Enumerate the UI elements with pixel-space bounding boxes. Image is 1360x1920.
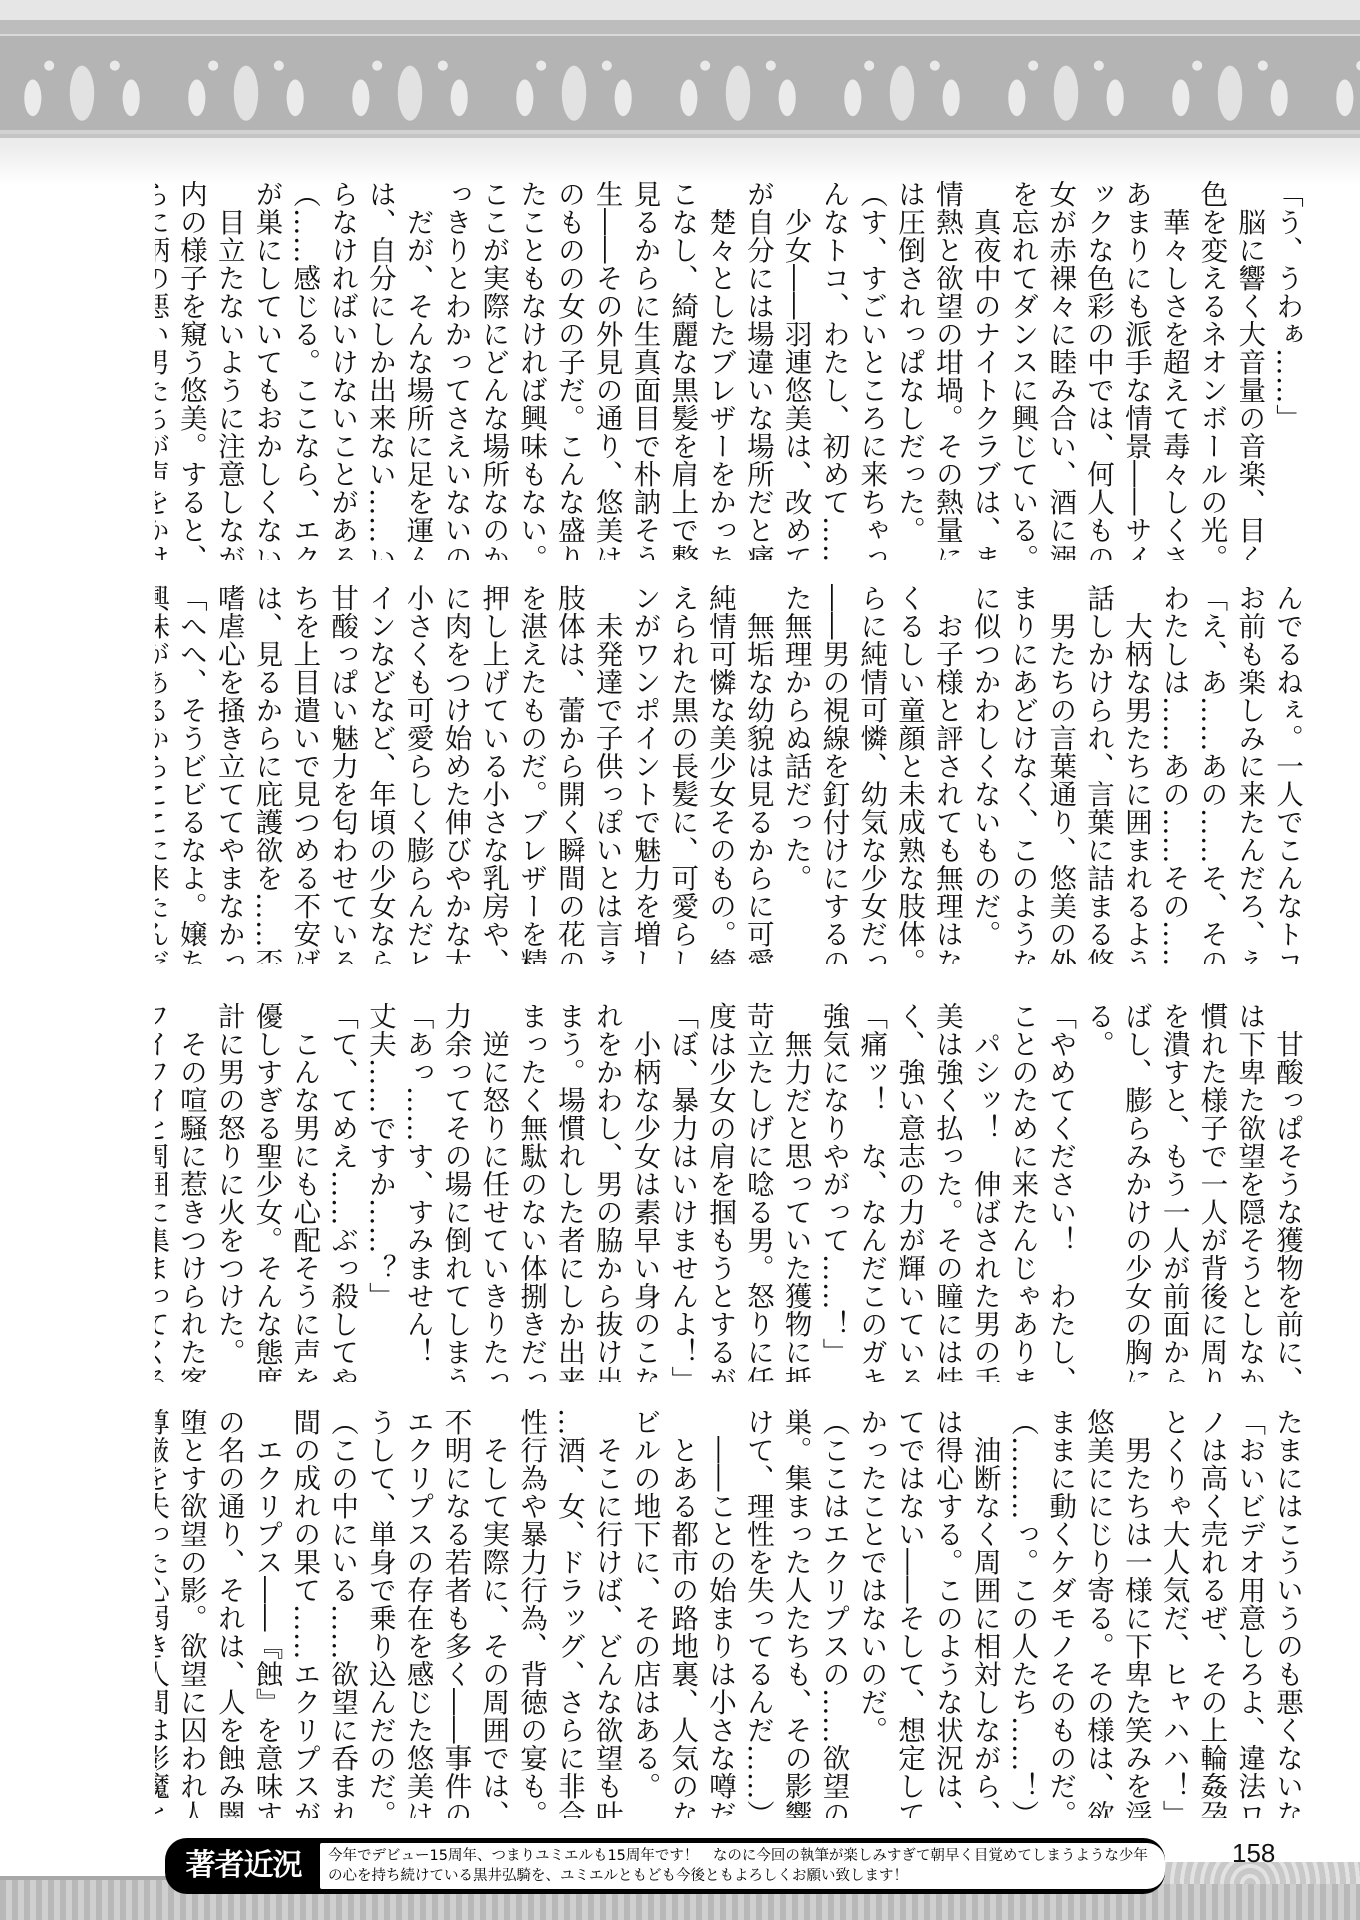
text-column: ――ことの始まりは小さな噂だった。	[700, 1408, 738, 1818]
text-column: 力余ってその場に倒れてしまう。	[436, 1002, 474, 1382]
text-column: 未発達で子供っぽいとは言え、その	[587, 584, 625, 964]
text-column: （ここはエクリプスの……欲望の影の	[814, 1408, 852, 1818]
text-column: だが、そんな場所に足を運んだ理由	[398, 180, 436, 560]
text-column: パシッ！ 伸ばされた男の手を、悠	[965, 1002, 1003, 1382]
page-number: 158	[1232, 1838, 1275, 1869]
text-column: を忘れてダンスに興じている。	[1003, 180, 1041, 560]
text-column: インなどなど、年頃の少女ならではの	[360, 584, 398, 964]
text-column: 「あっ……す、すみません！ だ、大	[398, 1002, 436, 1382]
text-column: 優しすぎる聖少女。そんな態度が、余	[247, 1002, 285, 1382]
text-column: 「おいビデオ用意しろよ、違法ロリモ	[1229, 1408, 1267, 1818]
text-column: は圧倒されっぱなしだった。	[889, 180, 927, 560]
text-column: （この中にいる……欲望に呑まれた人	[322, 1408, 360, 1818]
text-column: 押し上げている小さな乳房や、柔らか	[473, 584, 511, 964]
text-column: を潰すと、もう一人が前面から手を伸	[1154, 1002, 1192, 1382]
text-column: 女が赤裸々に睦み合い、酒に溺れ、我	[1040, 180, 1078, 560]
author-note-line-2: の心を持ち続けている黒井弘騎を、ユミエルともども今後ともよろしくお願い致します！	[328, 1866, 1157, 1886]
text-column: 巣。集まった人たちも、その影響を受	[776, 1408, 814, 1818]
text-tier-4: たまにはこういうのも悪くないなぁ」「おいビデオ用意しろよ、違法ロリモノは高く売れ…	[155, 1408, 1305, 1818]
text-tier-2: んでるねぇ。一人でこんなトコ来て、お前も楽しみに来たんだろ、ええ？」「え、あ………	[155, 584, 1305, 964]
text-column: 不明になる若者も多く――事件の影に	[436, 1408, 474, 1818]
text-column: っきりとわかってさえいないのだ。	[436, 180, 474, 560]
text-column: 大柄な男たちに囲まれるようにして	[1116, 584, 1154, 964]
text-column: ――男の視線を釘付けにするのも、ま	[814, 584, 852, 964]
text-column: てではない――そして、想定していな	[889, 1408, 927, 1818]
acanthus-pattern-icon	[0, 38, 1360, 130]
text-column: とくりゃ大人気だ、ヒャハハ！」	[1154, 1408, 1192, 1818]
text-column: ワイワイと周囲に集まってくる。	[155, 1002, 171, 1382]
text-column: は下卑た欲望を隠そうとしなかった。	[1229, 1002, 1267, 1382]
text-column: 華々しさを超えて毒々しくさえある、	[1154, 180, 1192, 560]
text-column: たこともなければ興味もない。いや、	[511, 180, 549, 560]
text-column: まう。場慣れした者にしか出来ない、	[549, 1002, 587, 1382]
text-column: は、見るからに庇護欲を……否、暗い	[247, 584, 285, 964]
text-column: （………っ。この人たち……！）	[1003, 1408, 1041, 1818]
text-column: 「やめてください！ わたし、そんな	[1040, 1002, 1078, 1382]
text-column: 話しかけられ、言葉に詰まる悠美。	[1078, 584, 1116, 964]
author-note-line-1: 今年でデビュー15周年、つまりユミエルも15周年です！ なのに今回の執筆が楽しみ…	[328, 1846, 1157, 1866]
text-column: 小さくも可愛らしく膨らんだヒップラ	[398, 584, 436, 964]
text-column: 「う、うわぁ……」	[1267, 180, 1305, 560]
text-tier-1: 「う、うわぁ……」 脳に響く大音量の音楽、目くるめく色を変えるネオンボールの光。…	[155, 180, 1305, 560]
text-column: 男たちは一様に下卑た笑みを浮かべ、	[1116, 1408, 1154, 1818]
text-column: 小柄な少女は素早い身のこなしでそ	[625, 1002, 663, 1382]
text-column: あまりにも派手な情景――サイケデリ	[1116, 180, 1154, 560]
text-column: 甘酸っぱそうな獲物を前に、男たち	[1267, 1002, 1305, 1382]
text-column: 尊厳を失った心弱き人間は影魔と化し、	[155, 1408, 171, 1818]
text-column: が自分には場違いな場所だと痛感した。	[738, 180, 776, 560]
text-column: 堕とす欲望の影。欲望に囚われ人間の	[171, 1408, 209, 1818]
text-column: 脳に響く大音量の音楽、目くるめく	[1229, 180, 1267, 560]
text-column: 生――その外見の通り、悠美は純情そ	[587, 180, 625, 560]
text-column: お前も楽しみに来たんだろ、ええ？」	[1229, 584, 1267, 964]
text-column: こなし、綺麗な黒髪を肩上で整えた、	[662, 180, 700, 560]
text-column: そして実際に、その周囲では、行方	[473, 1408, 511, 1818]
text-column: こんな男にも心配そうに声をかける、	[284, 1002, 322, 1382]
text-column: 性行為や暴力行為、背徳の宴も。	[511, 1408, 549, 1818]
text-column: そこに行けば、どんな欲望も叶う…	[587, 1408, 625, 1818]
text-column: 無力だと思っていた獲物に抵抗され、	[776, 1002, 814, 1382]
text-column: ビルの地下に、その店はある。	[625, 1408, 663, 1818]
text-column: 強気になりやがって……！」	[814, 1002, 852, 1382]
text-column: ばし、膨らみかけの少女の胸に手をや	[1116, 1002, 1154, 1382]
text-column: 「ぼ、暴力はいけませんよ！」	[662, 1002, 700, 1382]
text-column: 美は強く払った。その瞳には怯えはな	[927, 1002, 965, 1382]
text-column: ンがワンポイントで魅力を増している。	[625, 584, 663, 964]
text-column: たまにはこういうのも悪くないなぁ」	[1267, 1408, 1305, 1818]
text-column: えられた黒の長髪に、可愛らしいリボ	[662, 584, 700, 964]
text-column: 興味があるからここに来たんだろ？」	[155, 584, 171, 964]
text-column: らに純情可憐、幼気な少女だったが	[851, 584, 889, 964]
text-column: は、自分にしか出来ない……いや、や	[360, 180, 398, 560]
text-column: 少女――羽連悠美は、改めて、ここ	[776, 180, 814, 560]
text-column: 計に男の怒りに火をつけた。	[209, 1002, 247, 1382]
text-column: 情熱と欲望の坩堝。その熱量に、少女	[927, 180, 965, 560]
text-column: 純情可憐な美少女そのもの。綺麗に揃	[700, 584, 738, 964]
text-column: 悠美ににじり寄る。その様は、欲望の	[1078, 1408, 1116, 1818]
text-column: ままに動くケダモノそのものだ。	[1040, 1408, 1078, 1818]
author-note-label: 著者近況	[172, 1844, 315, 1888]
text-column: く、強い意志の力が輝いている。	[889, 1002, 927, 1382]
text-column: の名の通り、それは、人を蝕み闇へと	[209, 1408, 247, 1818]
text-column: らなければいけないことがあるからだ。	[322, 180, 360, 560]
text-column: 逆に怒りに任せていきりたった男は、	[473, 1002, 511, 1382]
text-column: うして、単身で乗り込んだのだ。	[360, 1408, 398, 1818]
text-column: が巣にしていてもおかしくない！）	[247, 180, 285, 560]
text-column: のものの女の子だ。こんな盛り場に来	[549, 180, 587, 560]
text-column: た無理からぬ話だった。	[776, 584, 814, 964]
text-column: エクリプスの存在を感じた悠美は、こ	[398, 1408, 436, 1818]
text-column: 真夜中のナイトクラブは、まさに、	[965, 180, 1003, 560]
text-column: くるしい童顔と未成熟な肢体。見るか	[889, 584, 927, 964]
text-column: 「て、てめえ……ぶっ殺してやる！」	[322, 1002, 360, 1382]
text-column: らに柄の悪い男たちが声をかけてきた。	[155, 180, 171, 560]
text-column: れをかわし、男の脇から抜け出してし	[587, 1002, 625, 1382]
text-column: を湛えたものだ。ブレザーを精一杯に	[511, 584, 549, 964]
text-column: に肉をつけ始めた伸びやかな太もも、	[436, 584, 474, 964]
text-column: まりにあどけなく、このような盛り場	[1003, 584, 1041, 964]
text-column: 内の様子を窺う悠美。すると、見るか	[171, 180, 209, 560]
header-ornament-frieze	[0, 0, 1360, 145]
text-column: 楚々としたブレザーをかっちりと着	[700, 180, 738, 560]
text-column: その喧騒に惹きつけられた客たちが、	[171, 1002, 209, 1382]
text-column: かったことではないのだ。	[851, 1408, 889, 1818]
text-column: 嗜虐心を掻き立ててやまなかった。	[209, 584, 247, 964]
text-column: 「痛ッ！ な、なんだこのガキ、急に	[851, 1002, 889, 1382]
text-column: まったく無駄のない体捌きだった。	[511, 1002, 549, 1382]
text-column: に似つかわしくないものだ。	[965, 584, 1003, 964]
text-column: 甘酸っぱい魅力を匂わせている。男た	[322, 584, 360, 964]
text-tier-3: 甘酸っぱそうな獲物を前に、男たちは下卑た欲望を隠そうとしなかった。慣れた様子で一…	[155, 1002, 1305, 1382]
text-column: 色を変えるネオンボールの光。	[1192, 180, 1230, 560]
text-column: 目立たないように注意しながら、店	[209, 180, 247, 560]
text-column: 見るからに生真面目で朴訥そうな女学	[625, 180, 663, 560]
text-column: わたしは……あの……その……！」	[1154, 584, 1192, 964]
text-column: …酒、女、ドラッグ、さらに非合法な	[549, 1408, 587, 1818]
text-column: 度は少女の肩を掴もうとするが――	[700, 1002, 738, 1382]
text-column: 「え、あ……あの……そ、その。わ、	[1192, 584, 1230, 964]
text-column: 丈夫……ですか……？」	[360, 1002, 398, 1382]
author-note-text: 今年でデビュー15周年、つまりユミエルも15周年です！ なのに今回の執筆が楽しみ…	[320, 1843, 1165, 1889]
text-column: る。	[1078, 1002, 1116, 1382]
text-column: んなトコ、わたし、初めて……）	[814, 180, 852, 560]
text-column: エクリプス――『蝕』を意味するそ	[247, 1408, 285, 1818]
text-column: 油断なく周囲に相対しながら、悠美	[965, 1408, 1003, 1818]
text-column: 「へへ、そうビビるなよ。嬢ちゃんも	[171, 584, 209, 964]
text-column: ックな色彩の中では、何人もの若い男	[1078, 180, 1116, 560]
text-column: ちを上目遣いで見つめる不安げな表情	[284, 584, 322, 964]
text-column: お子様と評されても無理はない、愛	[927, 584, 965, 964]
text-column: 無垢な幼貌は見るからに可愛らしく、	[738, 584, 776, 964]
text-column: 間の成れの果て……エクリプスが！）	[284, 1408, 322, 1818]
text-column: 肢体は、蕾から開く瞬間の花の美しさ	[549, 584, 587, 964]
text-column: 慣れた様子で一人が背後に周り逃げ場	[1192, 1002, 1230, 1382]
text-column: ノは高く売れるぜ、その上輪姦孕ませ	[1192, 1408, 1230, 1818]
text-column: ことのために来たんじゃありません！」	[1003, 1002, 1041, 1382]
text-column: は得心する。このような状況は、初め	[927, 1408, 965, 1818]
text-column: （す、すごいところに来ちゃった。こ	[851, 180, 889, 560]
text-column: ここが実際にどんな場所なのかも、は	[473, 180, 511, 560]
header-fade	[0, 145, 1360, 185]
text-column: とある都市の路地裏、人気のない廃	[662, 1408, 700, 1818]
text-column: んでるねぇ。一人でこんなトコ来て、	[1267, 584, 1305, 964]
text-column: けて、理性を失ってるんだ……）	[738, 1408, 776, 1818]
text-column: （……感じる。ここなら、エクリプス	[284, 180, 322, 560]
text-column: 苛立たしげに唸る男。怒りに任せ、今	[738, 1002, 776, 1382]
text-column: 男たちの言葉通り、悠美の外見はあ	[1040, 584, 1078, 964]
